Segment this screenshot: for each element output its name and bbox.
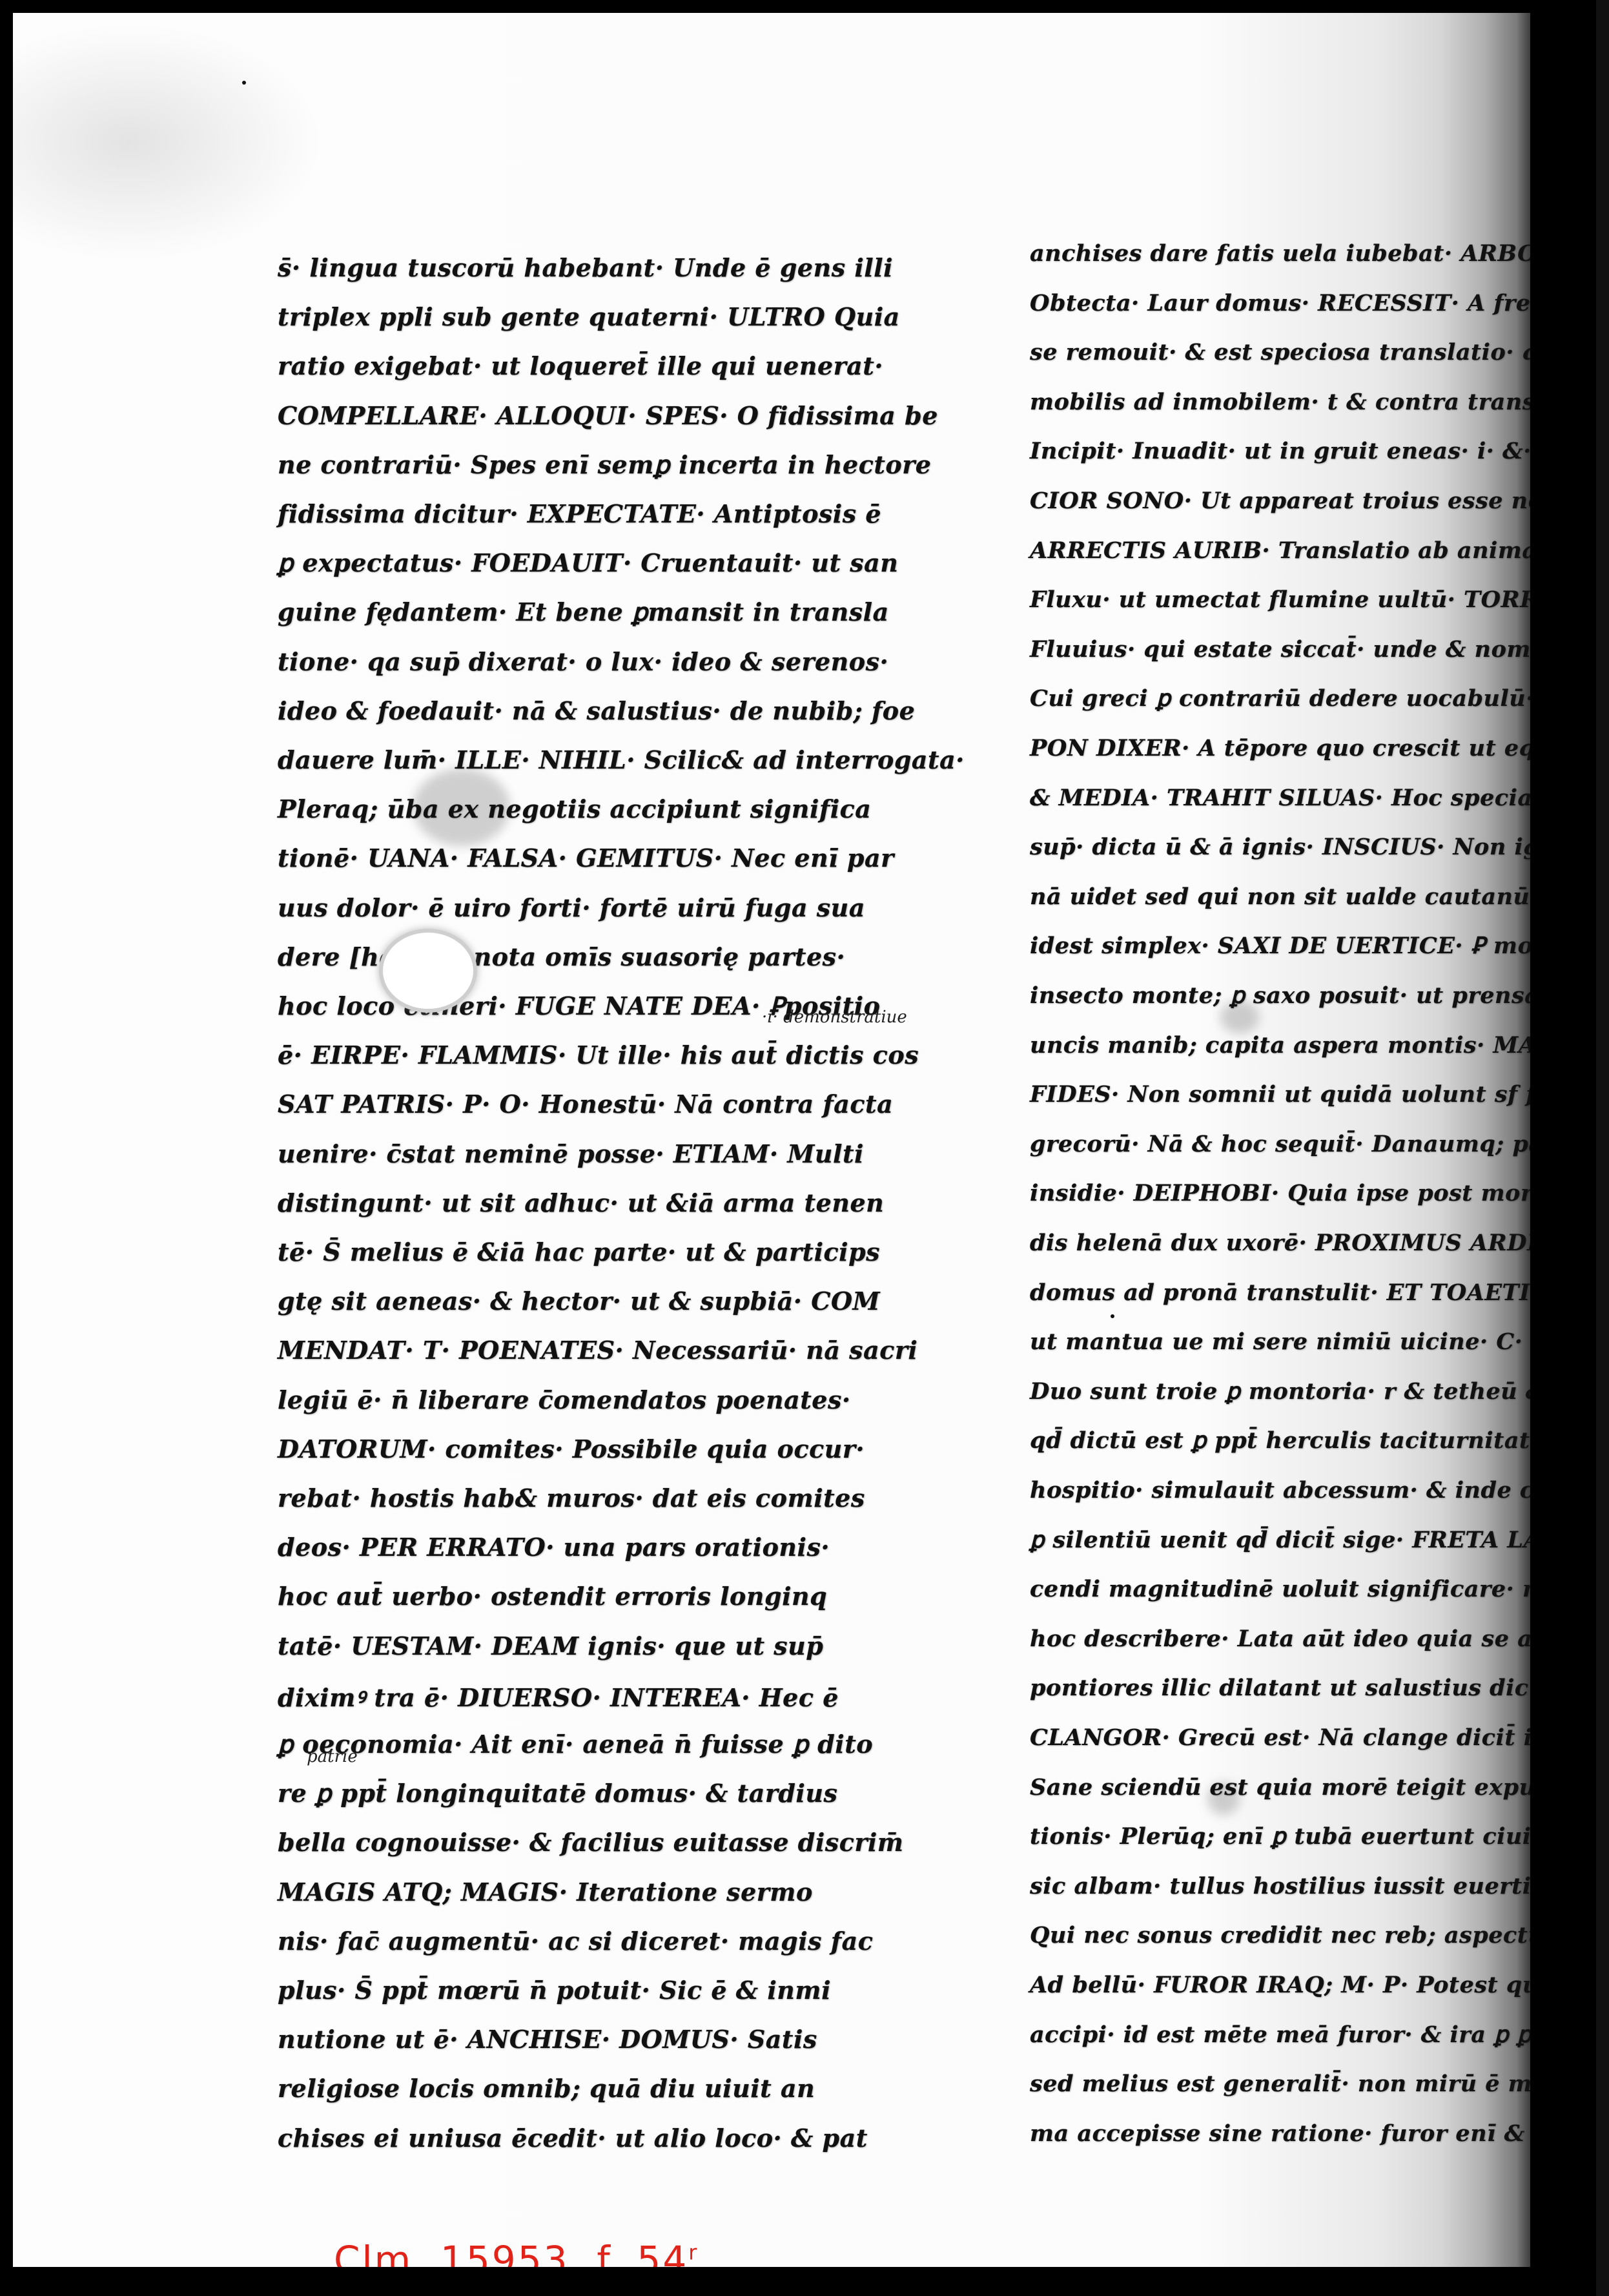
- manuscript-line: religiose locis omnib; quā diu uiuit an: [278, 2074, 815, 2103]
- manuscript-line: dauere lum̄· ILLE· NIHIL· Scilic& ad int…: [278, 745, 965, 774]
- manuscript-line: mobilis ad inmobilem· t & contra transfe…: [1030, 389, 1530, 415]
- manuscript-line: Cui greci ꝑ contrariū dedere uocabulū· N…: [1030, 685, 1530, 712]
- manuscript-page: s̄· lingua tuscorū habebant· Unde ē gens…: [13, 13, 1530, 2267]
- manuscript-line: insidie· DEIPHOBI· Quia ipse post mortē …: [1030, 1180, 1530, 1206]
- manuscript-line: uenire· c̄stat neminē posse· ETIAM· Mult…: [278, 1139, 864, 1168]
- manuscript-line: hoc describere· Lata aūt ideo quia se an…: [1030, 1626, 1530, 1652]
- parchment-hole: [383, 933, 473, 1009]
- manuscript-line: triplex ppli sub gente quaterni· ULTRO Q…: [278, 302, 900, 331]
- manuscript-line: COMPELLARE· ALLOQUI· SPES· O fidissima b…: [278, 401, 938, 430]
- manuscript-line: se remouit· & est speciosa translatio· q…: [1030, 339, 1530, 366]
- manuscript-line: sed melius est generalit̄· non mirū ē me…: [1030, 2071, 1530, 2097]
- manuscript-line: CIOR SONO· Ut appareat troius esse non s…: [1030, 488, 1530, 514]
- manuscript-line: Fluuius· qui estate siccat̄· unde & nomē…: [1030, 636, 1530, 663]
- manuscript-line: ē· EIRPE· FLAMMIS· Ut ille· his aut̄ dic…: [278, 1040, 919, 1070]
- manuscript-line: SAT PATRIS· P· O· Honestū· Nā contra fac…: [278, 1090, 893, 1119]
- manuscript-line: rebat· hostis hab& muros· dat eis comite…: [278, 1484, 865, 1513]
- manuscript-line: MAGIS ATQ; MAGIS· Iteratione sermo: [278, 1877, 813, 1907]
- manuscript-line: diximꝰ tra ē· DIUERSO· INTEREA· Hec ē: [278, 1681, 839, 1714]
- shelfmark-recto: r: [688, 2240, 699, 2265]
- manuscript-line: Ad bellū· FUROR IRAQ; M· P· Potest quidē…: [1030, 1972, 1530, 1998]
- manuscript-line: ꝑ silentiū uenit qd̄ dicit̄ sige· FRETA …: [1030, 1527, 1530, 1553]
- shelfmark-text: Clm. 15953, f. 54: [334, 2238, 688, 2267]
- manuscript-line: nā uidet sed qui non sit ualde cautanū p…: [1030, 884, 1530, 910]
- ink-speck: [1111, 1314, 1114, 1318]
- manuscript-line: ꝑ expectatus· FOEDAUIT· Cruentauit· ut s…: [278, 548, 898, 577]
- manuscript-line: sup̄· dicta ū & ā ignis· INSCIUS· Non ig…: [1030, 834, 1530, 860]
- manuscript-line: anchises dare fatis uela iubebat· ARBOR·: [1030, 240, 1530, 267]
- manuscript-line: PON DIXER· A tēpore quo crescit ut equi …: [1030, 735, 1530, 761]
- manuscript-line: legiū ē· n̄ liberare c̄omendatos poenate…: [278, 1385, 851, 1414]
- manuscript-line: cendi magnitudinē uoluit significare· n: [1030, 1576, 1530, 1602]
- manuscript-line: tionis· Plerūq; enī ꝑ tubā euertunt ciui…: [1030, 1823, 1530, 1850]
- manuscript-line: nutione ut ē· ANCHISE· DOMUS· Satis: [278, 2025, 817, 2054]
- manuscript-line: Sane sciendū est quia morē teigit expugn…: [1030, 1774, 1530, 1801]
- manuscript-line: CLANGOR· Grecū est· Nā clange dicit̄ ill…: [1030, 1724, 1530, 1751]
- manuscript-line: Fluxu· ut umectat flumine uultū· TORRENS…: [1030, 586, 1530, 613]
- manuscript-line: uncis manib; capita aspera montis· MANIF…: [1030, 1032, 1530, 1059]
- manuscript-line: ꝑ oeconomia· Ait enī· aeneā n̄ fuisse ꝑ …: [278, 1730, 873, 1759]
- scan-frame: s̄· lingua tuscorū habebant· Unde ē gens…: [0, 0, 1609, 2296]
- manuscript-line: grecorū· Nā & hoc sequit̄· Danaumq; pate…: [1030, 1131, 1530, 1157]
- manuscript-line: tatē· UESTAM· DEAM ignis· que ut sup̄: [278, 1631, 823, 1660]
- manuscript-line: FIDES· Non somnii ut quidā uolunt sf fra…: [1030, 1081, 1530, 1108]
- manuscript-line: dere [hole] & nota omīs suasorię partes·: [278, 942, 845, 971]
- manuscript-line: fidissima dicitur· EXPECTATE· Antiptosis…: [278, 499, 881, 528]
- manuscript-line: ARRECTIS AURIB· Translatio ab animalib; …: [1030, 537, 1530, 564]
- manuscript-line: dis helenā dux uxorē· PROXIMUS ARDET· Ro: [1030, 1230, 1530, 1256]
- manuscript-line: Pleraq; ūba ex negotiis accipiunt signif…: [278, 794, 871, 823]
- manuscript-line: ratio exigebat· ut loqueret̄ ille qui ue…: [278, 351, 883, 380]
- manuscript-line: gtę sit aeneas· & hector· ut & supbiā· C…: [278, 1287, 880, 1316]
- manuscript-line: deos· PER ERRATO· una pars orationis·: [278, 1533, 830, 1562]
- page-edge: [1596, 0, 1609, 2296]
- manuscript-line: Obtecta· Laur domus· RECESSIT· A frequen…: [1030, 290, 1530, 316]
- interlinear-gloss: patrie: [307, 1747, 358, 1766]
- manuscript-line: Incipit· Inuadit· ut in gruit eneas· i· …: [1030, 438, 1530, 464]
- manuscript-line: plus· S̄ ppt̄ mœrū n̄ potuit· Sic ē & in…: [278, 1976, 831, 2005]
- ink-speck: [242, 81, 246, 85]
- manuscript-line: Duo sunt troie ꝑ montoria· r & tetheū & …: [1030, 1378, 1530, 1405]
- manuscript-line: MENDAT· T· POENATES· Necessariū· nā sacr…: [278, 1336, 917, 1365]
- manuscript-line: tē· S̄ melius ē &iā hac parte· ut & part…: [278, 1237, 880, 1267]
- manuscript-line: tione· qa sup̄ dixerat· o lux· ideo & se…: [278, 647, 888, 676]
- manuscript-line: re ꝑ ppt̄ longinquitatē domus· & tardius: [278, 1779, 837, 1808]
- manuscript-line: idest simplex· SAXI DE UERTICE· Ꝑ montis…: [1030, 933, 1530, 959]
- manuscript-line: hospitio· simulauit abcessum· & inde c&r…: [1030, 1477, 1530, 1504]
- interlinear-gloss: ·i· demonstratiue: [762, 1008, 907, 1027]
- manuscript-line: distingunt· ut sit adhuc· ut &iā arma te…: [278, 1188, 884, 1217]
- manuscript-line: nis· fac̄ augmentū· ac si diceret· magis…: [278, 1927, 873, 1956]
- manuscript-line: ma accepisse sine ratione· furor enī & i…: [1030, 2120, 1530, 2147]
- manuscript-line: DATORUM· comites· Possibile quia occur·: [278, 1434, 865, 1463]
- manuscript-line: & MEDIA· TRAHIT SILUAS· Hoc speciale flu…: [1030, 785, 1530, 811]
- manuscript-line: ideo & foedauit· nā & salustius· de nubi…: [278, 696, 915, 725]
- shelfmark-annotation: Clm. 15953, f. 54r: [334, 2238, 699, 2267]
- manuscript-line: ne contrariū· Spes enī semꝑ incerta in h…: [278, 450, 931, 479]
- manuscript-line: tionē· UANA· FALSA· GEMITUS· Nec enī par: [278, 843, 894, 873]
- manuscript-line: sic albam· tullus hostilius iussit euert…: [1030, 1873, 1530, 1899]
- manuscript-line: hoc aut̄ uerbo· ostendit erroris longinq: [278, 1582, 827, 1611]
- manuscript-line: uus dolor· ē uiro forti· fortē uirū fuga…: [278, 893, 865, 922]
- manuscript-line: s̄· lingua tuscorū habebant· Unde ē gens…: [278, 253, 893, 282]
- manuscript-line: bella cognouisse· & facilius euitasse di…: [278, 1828, 904, 1857]
- manuscript-line: ut mantua ue mi sere nimiū uicine· C· SI…: [1030, 1329, 1530, 1355]
- manuscript-line: qd̄ dictū est ꝑ ppt̄ herculis taciturnit…: [1030, 1427, 1530, 1454]
- manuscript-line: accipi· id est mēte meā furor· & ira ꝑ ꝑ…: [1030, 2022, 1530, 2048]
- manuscript-line: guine fędantem· Et bene ꝑmansit in trans…: [278, 597, 889, 626]
- manuscript-line: pontiores illic dilatant ut salustius di…: [1030, 1675, 1529, 1701]
- manuscript-line: Qui nec sonus credidit nec reb; aspectui…: [1030, 1922, 1530, 1949]
- manuscript-line: domus ad pronā transtulit· ET TOAETION·: [1030, 1279, 1530, 1306]
- manuscript-line: chises ei uniusa ēcedit· ut alio loco· &…: [278, 2124, 868, 2153]
- manuscript-line: insecto monte; ꝑ saxo posuit· ut prensan…: [1030, 982, 1530, 1009]
